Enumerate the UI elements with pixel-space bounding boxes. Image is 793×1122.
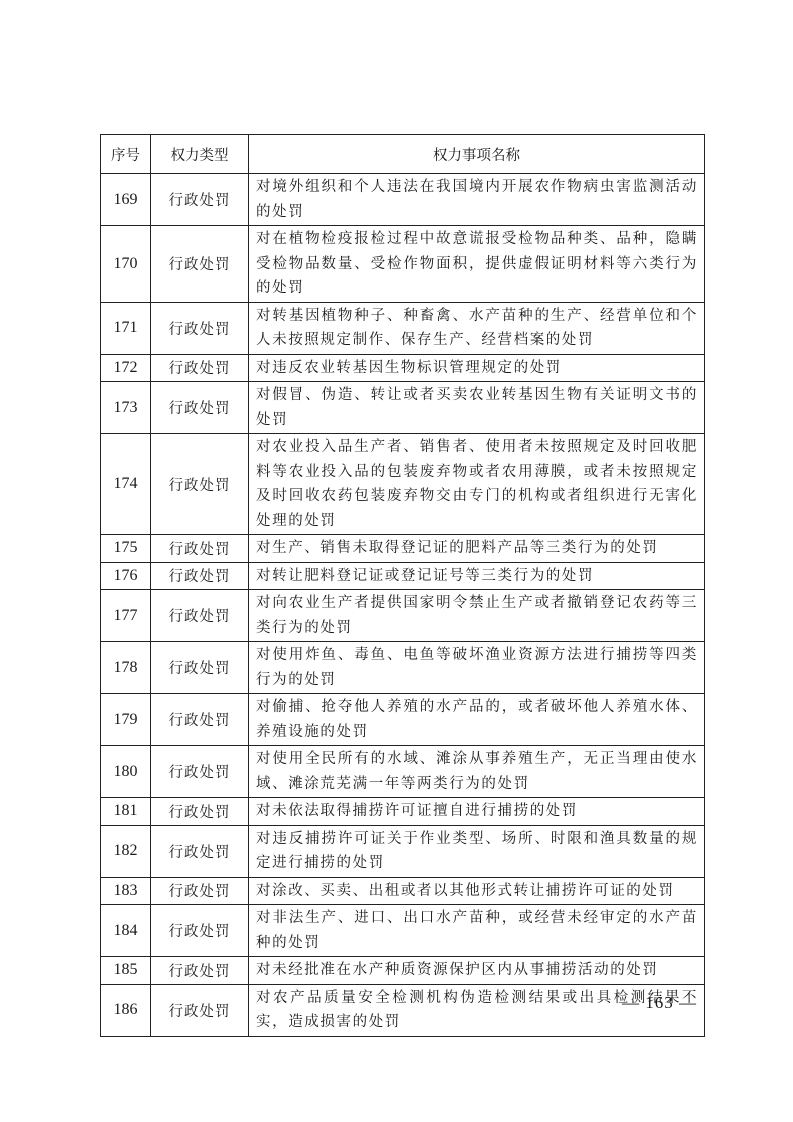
cell-power-type: 行政处罚	[151, 590, 249, 642]
cell-power-item-name: 对未经批准在水产种质资源保护区内从事捕捞活动的处罚	[249, 957, 705, 985]
table-row: 172行政处罚对违反农业转基因生物标识管理规定的处罚	[101, 354, 705, 382]
cell-serial-number: 181	[101, 798, 151, 826]
table-row: 180行政处罚对使用全民所有的水域、滩涂从事养殖生产，无正当理由使水域、滩涂荒芜…	[101, 746, 705, 798]
cell-serial-number: 176	[101, 562, 151, 590]
cell-power-type: 行政处罚	[151, 354, 249, 382]
table-row: 182行政处罚对违反捕捞许可证关于作业类型、场所、时限和渔具数量的规定进行捕捞的…	[101, 825, 705, 877]
cell-serial-number: 180	[101, 746, 151, 798]
cell-power-item-name: 对偷捕、抢夺他人养殖的水产品的，或者破坏他人养殖水体、养殖设施的处罚	[249, 694, 705, 746]
table-row: 185行政处罚对未经批准在水产种质资源保护区内从事捕捞活动的处罚	[101, 957, 705, 985]
table-header-row: 序号 权力类型 权力事项名称	[101, 135, 705, 174]
cell-power-type: 行政处罚	[151, 746, 249, 798]
cell-serial-number: 178	[101, 642, 151, 694]
table-body: 169行政处罚对境外组织和个人违法在我国境内开展农作物病虫害监测活动的处罚170…	[101, 174, 705, 1037]
cell-serial-number: 186	[101, 984, 151, 1036]
table-row: 174行政处罚对农业投入品生产者、销售者、使用者未按照规定及时回收肥料等农业投入…	[101, 434, 705, 535]
cell-serial-number: 170	[101, 226, 151, 303]
cell-power-type: 行政处罚	[151, 984, 249, 1036]
header-serial-number: 序号	[101, 135, 151, 174]
table-row: 184行政处罚对非法生产、进口、出口水产苗种，或经营未经审定的水产苗种的处罚	[101, 905, 705, 957]
cell-power-item-name: 对转让肥料登记证或登记证号等三类行为的处罚	[249, 562, 705, 590]
cell-serial-number: 177	[101, 590, 151, 642]
power-items-table: 序号 权力类型 权力事项名称 169行政处罚对境外组织和个人违法在我国境内开展农…	[100, 134, 705, 1037]
cell-power-item-name: 对涂改、买卖、出租或者以其他形式转让捕捞许可证的处罚	[249, 877, 705, 905]
cell-power-item-name: 对违反农业转基因生物标识管理规定的处罚	[249, 354, 705, 382]
cell-power-type: 行政处罚	[151, 562, 249, 590]
cell-power-type: 行政处罚	[151, 434, 249, 535]
table-row: 176行政处罚对转让肥料登记证或登记证号等三类行为的处罚	[101, 562, 705, 590]
cell-power-type: 行政处罚	[151, 957, 249, 985]
cell-power-item-name: 对假冒、伪造、转让或者买卖农业转基因生物有关证明文书的处罚	[249, 382, 705, 434]
cell-power-type: 行政处罚	[151, 226, 249, 303]
table-row: 186行政处罚对农产品质量安全检测机构伪造检测结果或出具检测结果不实，造成损害的…	[101, 984, 705, 1036]
header-power-item-name: 权力事项名称	[249, 135, 705, 174]
cell-serial-number: 179	[101, 694, 151, 746]
cell-power-type: 行政处罚	[151, 877, 249, 905]
table-row: 175行政处罚对生产、销售未取得登记证的肥料产品等三类行为的处罚	[101, 535, 705, 563]
cell-power-item-name: 对违反捕捞许可证关于作业类型、场所、时限和渔具数量的规定进行捕捞的处罚	[249, 825, 705, 877]
cell-serial-number: 183	[101, 877, 151, 905]
cell-power-type: 行政处罚	[151, 642, 249, 694]
cell-power-item-name: 对使用全民所有的水域、滩涂从事养殖生产，无正当理由使水域、滩涂荒芜满一年等两类行…	[249, 746, 705, 798]
cell-power-type: 行政处罚	[151, 798, 249, 826]
cell-power-type: 行政处罚	[151, 825, 249, 877]
cell-serial-number: 174	[101, 434, 151, 535]
cell-power-item-name: 对境外组织和个人违法在我国境内开展农作物病虫害监测活动的处罚	[249, 174, 705, 226]
cell-power-type: 行政处罚	[151, 694, 249, 746]
cell-power-item-name: 对在植物检疫报检过程中故意谎报受检物品种类、品种，隐瞒受检物品数量、受检作物面积…	[249, 226, 705, 303]
cell-serial-number: 182	[101, 825, 151, 877]
table-row: 177行政处罚对向农业生产者提供国家明令禁止生产或者撤销登记农药等三类行为的处罚	[101, 590, 705, 642]
table-row: 173行政处罚对假冒、伪造、转让或者买卖农业转基因生物有关证明文书的处罚	[101, 382, 705, 434]
table-row: 178行政处罚对使用炸鱼、毒鱼、电鱼等破坏渔业资源方法进行捕捞等四类行为的处罚	[101, 642, 705, 694]
cell-serial-number: 173	[101, 382, 151, 434]
cell-serial-number: 172	[101, 354, 151, 382]
cell-serial-number: 184	[101, 905, 151, 957]
cell-power-item-name: 对未依法取得捕捞许可证擅自进行捕捞的处罚	[249, 798, 705, 826]
cell-power-type: 行政处罚	[151, 905, 249, 957]
cell-power-type: 行政处罚	[151, 302, 249, 354]
cell-serial-number: 169	[101, 174, 151, 226]
cell-power-type: 行政处罚	[151, 535, 249, 563]
cell-power-type: 行政处罚	[151, 174, 249, 226]
table-row: 181行政处罚对未依法取得捕捞许可证擅自进行捕捞的处罚	[101, 798, 705, 826]
cell-power-item-name: 对农业投入品生产者、销售者、使用者未按照规定及时回收肥料等农业投入品的包装废弃物…	[249, 434, 705, 535]
table-row: 183行政处罚对涂改、买卖、出租或者以其他形式转让捕捞许可证的处罚	[101, 877, 705, 905]
page-number: — 163 —	[622, 993, 697, 1013]
cell-power-item-name: 对转基因植物种子、种畜禽、水产苗种的生产、经营单位和个人未按照规定制作、保存生产…	[249, 302, 705, 354]
cell-serial-number: 175	[101, 535, 151, 563]
table-row: 171行政处罚对转基因植物种子、种畜禽、水产苗种的生产、经营单位和个人未按照规定…	[101, 302, 705, 354]
cell-serial-number: 171	[101, 302, 151, 354]
cell-power-item-name: 对非法生产、进口、出口水产苗种，或经营未经审定的水产苗种的处罚	[249, 905, 705, 957]
cell-power-type: 行政处罚	[151, 382, 249, 434]
table-row: 179行政处罚对偷捕、抢夺他人养殖的水产品的，或者破坏他人养殖水体、养殖设施的处…	[101, 694, 705, 746]
cell-power-item-name: 对生产、销售未取得登记证的肥料产品等三类行为的处罚	[249, 535, 705, 563]
cell-power-item-name: 对向农业生产者提供国家明令禁止生产或者撤销登记农药等三类行为的处罚	[249, 590, 705, 642]
header-power-type: 权力类型	[151, 135, 249, 174]
table-row: 169行政处罚对境外组织和个人违法在我国境内开展农作物病虫害监测活动的处罚	[101, 174, 705, 226]
table-row: 170行政处罚对在植物检疫报检过程中故意谎报受检物品种类、品种，隐瞒受检物品数量…	[101, 226, 705, 303]
cell-serial-number: 185	[101, 957, 151, 985]
cell-power-item-name: 对使用炸鱼、毒鱼、电鱼等破坏渔业资源方法进行捕捞等四类行为的处罚	[249, 642, 705, 694]
